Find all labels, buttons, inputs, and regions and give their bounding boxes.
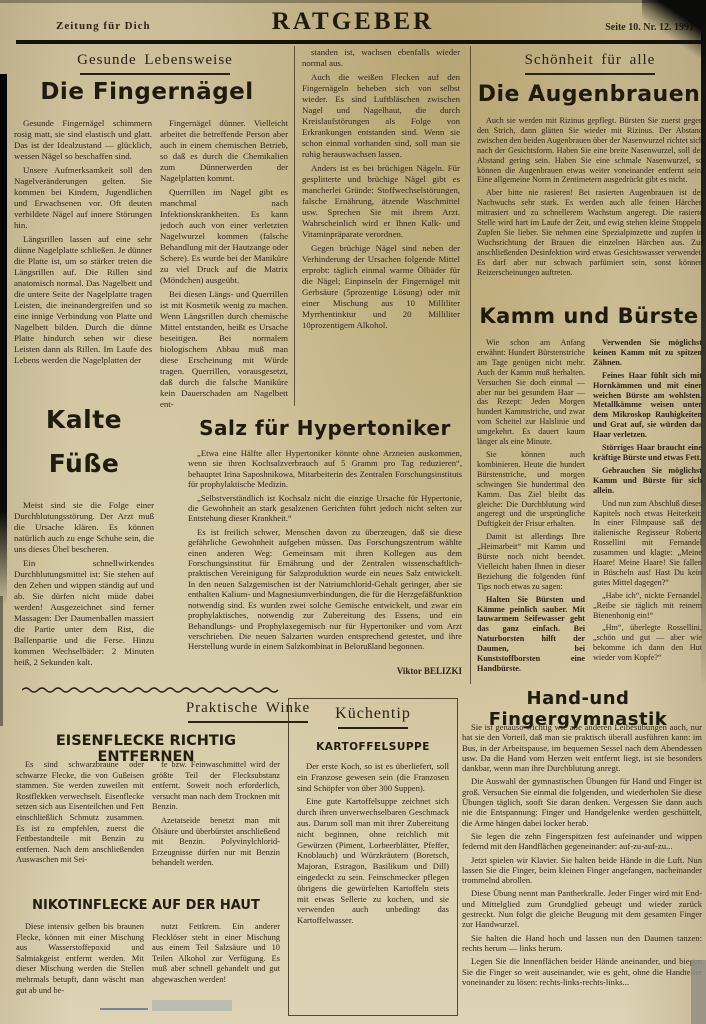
paragraph: Gesunde Fingernägel schimmern rosig matt… xyxy=(14,118,152,162)
paragraph: Legen Sie die Innenflächen beider Hände … xyxy=(462,956,702,987)
paragraph: Fingernägel dünner. Vielleicht arbeitet … xyxy=(160,118,288,184)
paragraph: Diese intensiv gelben bis braunen Flecke… xyxy=(16,922,144,996)
nikotinflecke-column-1: Diese intensiv gelben bis braunen Flecke… xyxy=(16,922,144,1014)
kicker-gesunde-lebensweise: Gesunde Lebensweise xyxy=(60,52,250,75)
fingernaegel-column-2: Fingernägel dünner. Vielleicht arbeitet … xyxy=(160,118,288,412)
headline-kalte-fuesse: Kalte Füße xyxy=(14,398,154,486)
headline-kamm-und-buerste: Kamm und Bürste xyxy=(476,304,702,328)
headline-nikotinflecke: NIKOTINFLECKE AUF DER HAUT xyxy=(8,898,284,913)
paragraph: Azetatseide benetzt man mit Ölsäure und … xyxy=(152,816,280,869)
paragraph: Sie halten die Hand hoch und lassen nun … xyxy=(462,933,702,954)
eisenflecke-column-2: fe bzw. Feinwaschmittel wird der größte … xyxy=(152,760,280,894)
kamm-anecdote: Und nun zum Abschluß dieses Kapitels noc… xyxy=(593,499,702,664)
paragraph: Diese Übung nennt man Pantherkralle. Jed… xyxy=(462,888,702,929)
paragraph: Gebrauchen Sie möglichst Kamm und Bürste… xyxy=(593,466,702,496)
salz-byline: Viktor BELIZKI xyxy=(188,666,490,676)
headline-die-fingernaegel: Die Fingernägel xyxy=(12,79,282,105)
salz-body: „Etwa eine Hälfte aller Hypertoniker kön… xyxy=(188,448,462,666)
paragraph: Meist sind sie die Folge einer Durchblut… xyxy=(14,500,154,555)
kicker-rule xyxy=(525,73,655,75)
paragraph: Querrillen im Nagel gibt es manchmal nac… xyxy=(160,187,288,286)
paragraph: „Etwa eine Hälfte aller Hypertoniker kön… xyxy=(188,448,462,490)
kicker-rule xyxy=(80,73,230,75)
newspaper-page: Zeitung für Dich RATGEBER Seite 10. Nr. … xyxy=(0,0,706,1024)
paragraph: Anders ist es bei brüchigen Nägeln. Für … xyxy=(302,163,460,240)
paragraph: Eine gute Kartoffelsuppe zeichnet sich d… xyxy=(297,796,449,926)
wavy-separator xyxy=(22,686,284,694)
kicker-text: Schönheit für alle xyxy=(525,52,656,68)
paragraph: Auch sie werden mit Rizinus gepflegt. Bü… xyxy=(477,116,703,185)
augenbrauen-body: Auch sie werden mit Rizinus gepflegt. Bü… xyxy=(477,116,703,302)
paragraph: Gegen brüchige Nägel sind neben der Verh… xyxy=(302,243,460,331)
paragraph: Auch die weißen Flecken auf den Fingernä… xyxy=(302,72,460,160)
hand-gymnastik-body: Sie ist genauso wichtig wie alle anderen… xyxy=(462,722,702,1010)
kicker-rule xyxy=(338,727,408,729)
kamm-column-1-tip: Halten Sie Bürsten und Kämme peinlich sa… xyxy=(477,595,585,674)
kuechentip-box: Küchentip KARTOFFELSUPPE Der erste Koch,… xyxy=(288,698,458,1016)
kartoffelsuppe-body: Der erste Koch, so ist es überliefert, s… xyxy=(297,761,449,999)
paragraph: Störriges Haar braucht eine kräftige Bür… xyxy=(593,443,702,463)
headline-kartoffelsuppe: KARTOFFELSUPPE xyxy=(289,741,457,753)
paragraph: Wie schon am Anfang erwähnt: Hundert Bür… xyxy=(477,338,585,447)
scan-edge-left-lower xyxy=(0,596,3,726)
paragraph: Es ist freilich schwer, Menschen davon z… xyxy=(188,527,462,652)
paragraph: Und nun zum Abschluß dieses Kapitels noc… xyxy=(593,499,702,588)
kamm-column-1: Wie schon am Anfang erwähnt: Hundert Bür… xyxy=(477,338,585,686)
paragraph: Es sind schwarzbraune oder schwarze Flec… xyxy=(16,760,144,866)
masthead-issue: Seite 10. Nr. 12. 1991 xyxy=(605,22,694,33)
scan-edge-left xyxy=(0,74,7,606)
kicker-schoenheit-fuer-alle: Schönheit für alle xyxy=(492,52,688,75)
headline-die-augenbrauen: Die Augenbrauen xyxy=(476,82,702,107)
paragraph: Sie ist genauso wichtig wie alle anderen… xyxy=(462,722,702,773)
paragraph: Verwenden Sie möglichst keinen Kamm mit … xyxy=(593,338,702,368)
kicker-kuechentip: Küchentip xyxy=(289,705,457,729)
fingernaegel-column-1: Gesunde Fingernägel schimmern rosig matt… xyxy=(14,118,152,392)
paragraph: Bei diesen Längs- und Querrillen ist mit… xyxy=(160,289,288,410)
kicker-text: Küchentip xyxy=(335,705,411,722)
nikotinflecke-column-2: nutzt Fettkrem. Ein anderer Flecklöser s… xyxy=(152,922,280,1014)
kalte-fuesse-body: Meist sind sie die Folge einer Durchblut… xyxy=(14,500,154,690)
paragraph: Sie legen die zehn Fingerspitzen fest au… xyxy=(462,831,702,852)
headline-salz-hypertoniker: Salz für Hypertoniker xyxy=(185,416,465,440)
headline-line-1: Kalte xyxy=(14,398,154,442)
headline-line-2: Füße xyxy=(14,442,154,486)
paragraph: „Selbstverständlich ist Kochsalz nicht d… xyxy=(188,493,462,524)
paragraph: Damit ist allerdings Ihre „Heimarbeit“ m… xyxy=(477,532,585,591)
paragraph: Sie können auch kombinieren. Heute die h… xyxy=(477,450,585,529)
paragraph: „Habe ich“, nickte Fernandel. „Reibe sie… xyxy=(593,591,702,621)
fingernaegel-column-3: standen ist, wachsen ebenfalls wieder no… xyxy=(302,47,460,403)
column-rule-middle xyxy=(294,46,295,406)
kamm-column-2: Verwenden Sie möglichst keinen Kamm mit … xyxy=(593,338,702,686)
paragraph: Der erste Koch, so ist es überliefert, s… xyxy=(297,761,449,793)
paragraph: Die Auswahl der gymnastischen Übungen fü… xyxy=(462,776,702,827)
kamm-column-1-text: Wie schon am Anfang erwähnt: Hundert Bür… xyxy=(477,338,585,592)
kicker-text: Gesunde Lebensweise xyxy=(77,52,233,68)
kamm-tips: Verwenden Sie möglichst keinen Kamm mit … xyxy=(593,338,702,496)
paragraph: Unsere Aufmerksamkeit soll den Nagelverä… xyxy=(14,165,152,231)
paragraph: standen ist, wachsen ebenfalls wieder no… xyxy=(302,47,460,69)
paragraph: Aber bitte nie rasieren! Bei rasierten A… xyxy=(477,188,703,277)
paragraph: fe bzw. Feinwaschmittel wird der größte … xyxy=(152,760,280,813)
paragraph: nutzt Fettkrem. Ein anderer Flecklöser s… xyxy=(152,922,280,986)
masthead-rule xyxy=(16,40,706,44)
paragraph: Jetzt spielen wir Klavier. Sie halten be… xyxy=(462,855,702,886)
paragraph: „Hm“, überlegte Rossellini, „schön und g… xyxy=(593,623,702,663)
paragraph: Ein schnellwirkendes Durchblutungsmittel… xyxy=(14,558,154,668)
masthead-title: RATGEBER xyxy=(0,8,706,36)
column-rule-right xyxy=(470,46,471,684)
scan-edge-top xyxy=(0,0,706,3)
eisenflecke-column-1: Es sind schwarzbraune oder schwarze Flec… xyxy=(16,760,144,894)
paragraph: Feines Haar fühlt sich mit Hornkämmen un… xyxy=(593,371,702,440)
paragraph: Längsrillen lassen auf eine sehr dünne N… xyxy=(14,234,152,366)
